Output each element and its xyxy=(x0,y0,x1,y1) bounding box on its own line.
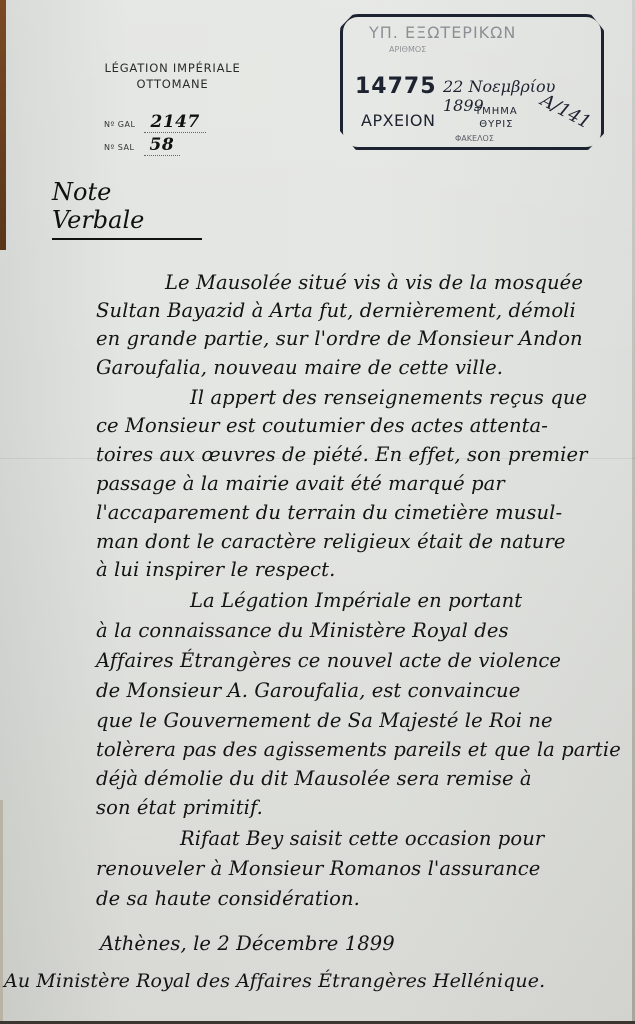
body-line: Le Mausolée situé vis à vis de la mosqué… xyxy=(165,271,583,294)
stamp-section-line-2: ΘΥΡΙΣ xyxy=(475,118,518,131)
body-line: de Monsieur A. Garoufalia, est convaincu… xyxy=(96,679,520,702)
background-wood-edge xyxy=(0,0,6,250)
document-title: Note Verbale xyxy=(52,178,202,240)
stamp-faded-subheader: ΑΡΙΘΜΟΣ xyxy=(389,45,426,54)
body-line: à lui inspirer le respect. xyxy=(96,558,335,581)
letterhead-line-1: LÉGATION IMPÉRIALE xyxy=(80,60,265,76)
stamp-archive-label: ΑΡΧΕΙΟΝ xyxy=(361,111,435,130)
body-line: de sa haute considération. xyxy=(96,887,360,910)
body-line: toires aux œuvres de piété. En effet, so… xyxy=(96,443,588,466)
body-line: Sultan Bayazid à Arta fut, dernièrement,… xyxy=(96,299,576,322)
addressee-line: Au Ministère Royal des Affaires Étrangèr… xyxy=(4,970,545,992)
body-line: Il appert des renseignements reçus que xyxy=(190,386,587,409)
body-line: renouveler à Monsieur Romanos l'assuranc… xyxy=(96,857,540,880)
reference-gal-value: 2147 xyxy=(144,112,205,133)
stamp-section-line-1: ΤΜΗΜΑ xyxy=(475,105,518,118)
body-line: passage à la mairie avait été marqué par xyxy=(96,472,505,495)
stamp-folder: ΦΑΚΕΛΟΣ xyxy=(455,134,494,143)
body-line: l'accaparement du terrain du cimetière m… xyxy=(96,501,562,524)
letterhead: LÉGATION IMPÉRIALE OTTOMANE xyxy=(80,60,265,92)
body-line: ce Monsieur est coutumier des actes atte… xyxy=(96,414,548,437)
body-line: déjà démolie du dit Mausolée sera remise… xyxy=(96,767,532,790)
archive-stamp: ΥΠ. ΕΞΩΤΕΡΙΚΩΝ ΑΡΙΘΜΟΣ 14775 22 Νοεμβρίο… xyxy=(340,14,604,150)
letterhead-line-2: OTTOMANE xyxy=(80,76,265,92)
body-line: Garoufalia, nouveau maire de cette ville… xyxy=(96,356,503,379)
reference-sal-value: 58 xyxy=(144,135,181,156)
stamp-faded-header: ΥΠ. ΕΞΩΤΕΡΙΚΩΝ xyxy=(369,23,516,42)
paper-shadow-edge xyxy=(0,800,3,1024)
body-line: man dont le caractère religieux était de… xyxy=(96,530,566,553)
body-line: son état primitif. xyxy=(96,796,263,819)
body-line: en grande partie, sur l'ordre de Monsieu… xyxy=(96,327,583,350)
reference-gal-label: Nº GAL xyxy=(104,120,135,129)
body-line: Affaires Étrangères ce nouvel acte de vi… xyxy=(96,649,561,672)
reference-sal-label: Nº SAL xyxy=(104,143,134,152)
body-line: que le Gouvernement de Sa Majesté le Roi… xyxy=(96,709,553,732)
body-line: à la connaissance du Ministère Royal des xyxy=(96,619,509,642)
stamp-section: ΤΜΗΜΑ ΘΥΡΙΣ xyxy=(475,105,518,131)
date-line: Athènes, le 2 Décembre 1899 xyxy=(100,932,395,955)
body-line: Rifaat Bey saisit cette occasion pour xyxy=(180,827,544,850)
stamp-number: 14775 xyxy=(355,74,437,99)
body-line: tolèrera pas des agissements pareils et … xyxy=(96,738,621,761)
body-line: La Légation Impériale en portant xyxy=(190,589,522,612)
reference-sal: Nº SAL 58 xyxy=(104,135,180,155)
reference-gal: Nº GAL 2147 xyxy=(104,112,206,132)
